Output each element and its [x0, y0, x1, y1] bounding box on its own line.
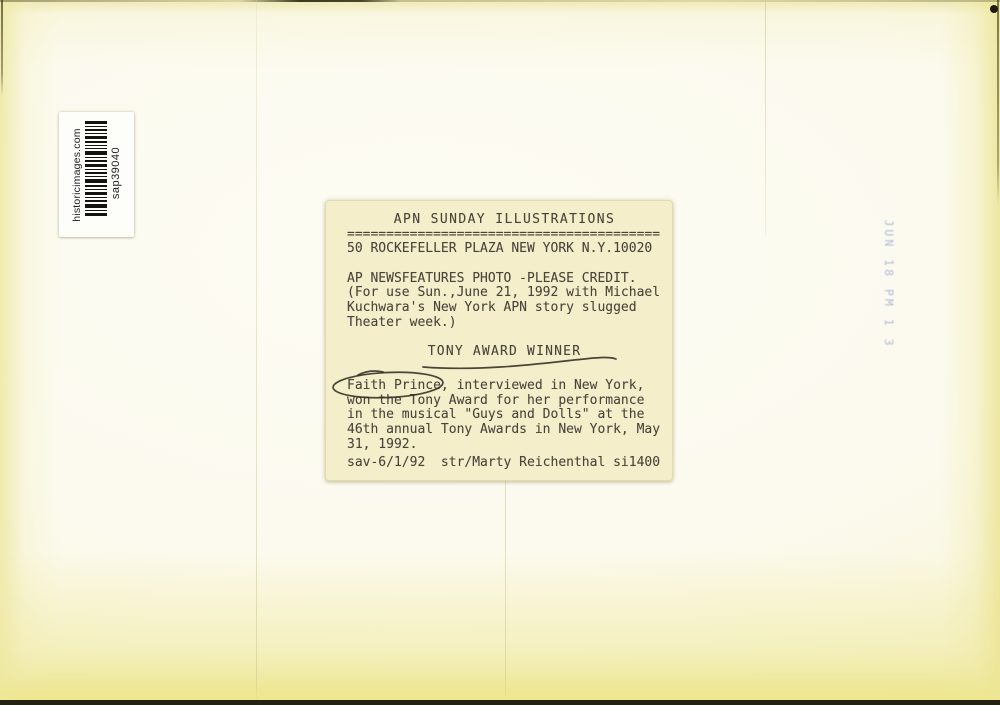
photo-back-scan: historicimages.com sap39040 APN SUNDAY I… [0, 0, 1000, 705]
barcode-icon [85, 121, 107, 229]
right-edge-shadow [997, 0, 999, 205]
caption-line [347, 257, 662, 272]
caption-line: sav-6/1/92 str/Marty Reichenthal si1400 [347, 456, 662, 471]
barcode-bar [85, 179, 107, 183]
caption-lines: APN SUNDAY ILLUSTRATIONS================… [326, 201, 672, 480]
barcode-bar [85, 172, 107, 174]
bottom-yellow-band [0, 678, 1000, 700]
caption-line: Theater week.) [347, 316, 662, 331]
barcode-bar [85, 160, 107, 162]
barcode-bar [85, 145, 107, 146]
vertical-crease-top-right [765, 0, 766, 235]
barcode-bar [85, 210, 107, 211]
caption-label: APN SUNDAY ILLUSTRATIONS================… [325, 200, 673, 481]
barcode-label: historicimages.com sap39040 [59, 112, 134, 237]
barcode-bar [85, 151, 107, 155]
caption-line: won the Tony Award for her performance [347, 394, 662, 409]
barcode-bar [85, 157, 107, 158]
vertical-crease-left [256, 0, 257, 705]
barcode-bar [85, 133, 107, 134]
barcode-bar [85, 204, 107, 208]
barcode-bar [85, 185, 107, 187]
barcode-bar [85, 126, 107, 127]
caption-line: 50 ROCKEFELLER PLAZA NEW YORK N.Y.10020 [347, 242, 662, 257]
top-edge-shadow [0, 0, 1000, 2]
corner-dot [990, 5, 998, 13]
vertical-crease-bottom-center [505, 478, 506, 700]
barcode-bar [85, 213, 107, 216]
barcode-bar [85, 141, 107, 143]
barcode-bar [85, 197, 107, 198]
barcode-bar [85, 176, 107, 177]
barcode-bar [85, 189, 107, 190]
barcode-bar [85, 148, 107, 149]
barcode-bar [85, 121, 107, 124]
caption-line: 46th annual Tony Awards in New York, May [347, 423, 662, 438]
barcode-bar [85, 169, 107, 170]
caption-line: ======================================== [347, 228, 662, 243]
date-stamp: JUN 18 PM 1 3 [880, 214, 896, 354]
caption-line: (For use Sun.,June 21, 1992 with Michael [347, 286, 662, 301]
barcode-bar [85, 200, 107, 202]
caption-line: APN SUNDAY ILLUSTRATIONS [347, 213, 662, 228]
barcode-bar [85, 129, 107, 131]
bottom-dark-edge [0, 700, 1000, 705]
barcode-site-text: historicimages.com [71, 114, 85, 236]
barcode-id-text: sap39040 [110, 127, 124, 219]
barcode-bar [85, 136, 107, 139]
caption-line: AP NEWSFEATURES PHOTO -PLEASE CREDIT. [347, 272, 662, 287]
caption-line: Kuchwara's New York APN story slugged [347, 301, 662, 316]
caption-line: TONY AWARD WINNER [347, 345, 662, 360]
caption-line [347, 360, 662, 379]
caption-line: in the musical "Guys and Dolls" at the [347, 408, 662, 423]
caption-line [347, 331, 662, 346]
left-edge-shadow [1, 0, 3, 97]
caption-line: 31, 1992. [347, 438, 662, 453]
caption-line: Faith Prince, interviewed in New York, [347, 379, 662, 394]
barcode-bar [85, 192, 107, 195]
barcode-bar [85, 164, 107, 167]
